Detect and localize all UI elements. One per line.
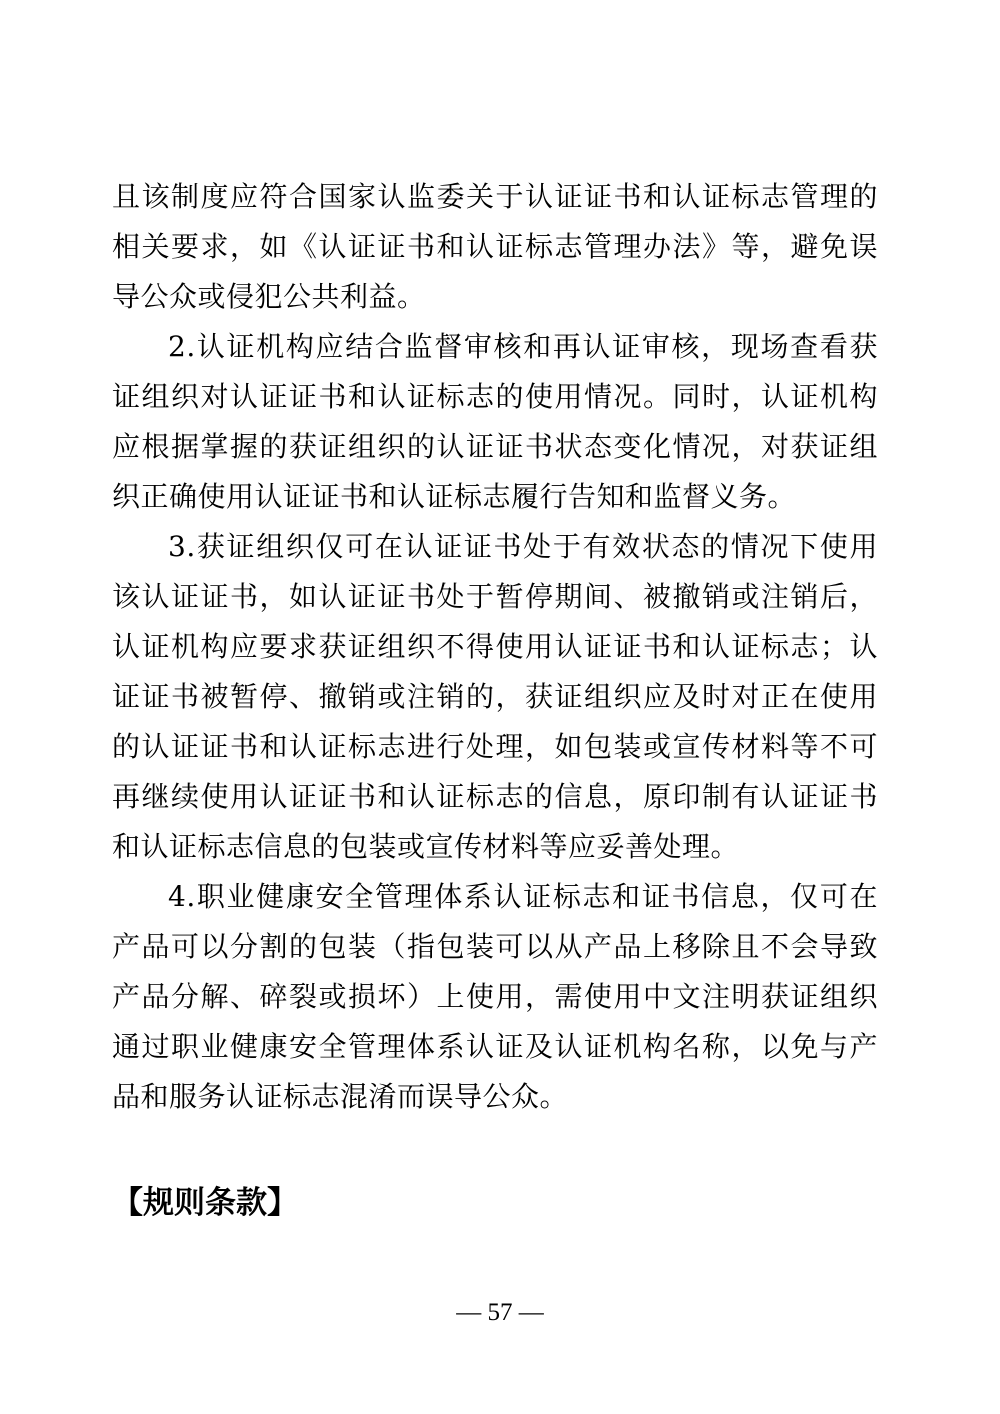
paragraph-item-3: 3.获证组织仅可在认证证书处于有效状态的情况下使用该认证证书，如认证证书处于暂停…: [112, 522, 878, 872]
page-number: — 57 —: [456, 1299, 544, 1326]
document-page: 且该制度应符合国家认监委关于认证证书和认证标志管理的相关要求，如《认证证书和认证…: [0, 0, 1000, 1414]
paragraph-item-4: 4.职业健康安全管理体系认证标志和证书信息，仅可在产品可以分割的包装（指包装可以…: [112, 872, 878, 1122]
paragraph-continuation: 且该制度应符合国家认监委关于认证证书和认证标志管理的相关要求，如《认证证书和认证…: [112, 172, 878, 322]
document-body: 且该制度应符合国家认监委关于认证证书和认证标志管理的相关要求，如《认证证书和认证…: [112, 172, 878, 1122]
section-heading: 【规则条款】: [112, 1186, 298, 1220]
page-footer: — 57 —: [0, 1298, 1000, 1328]
paragraph-item-2: 2.认证机构应结合监督审核和再认证审核，现场查看获证组织对认证证书和认证标志的使…: [112, 322, 878, 522]
